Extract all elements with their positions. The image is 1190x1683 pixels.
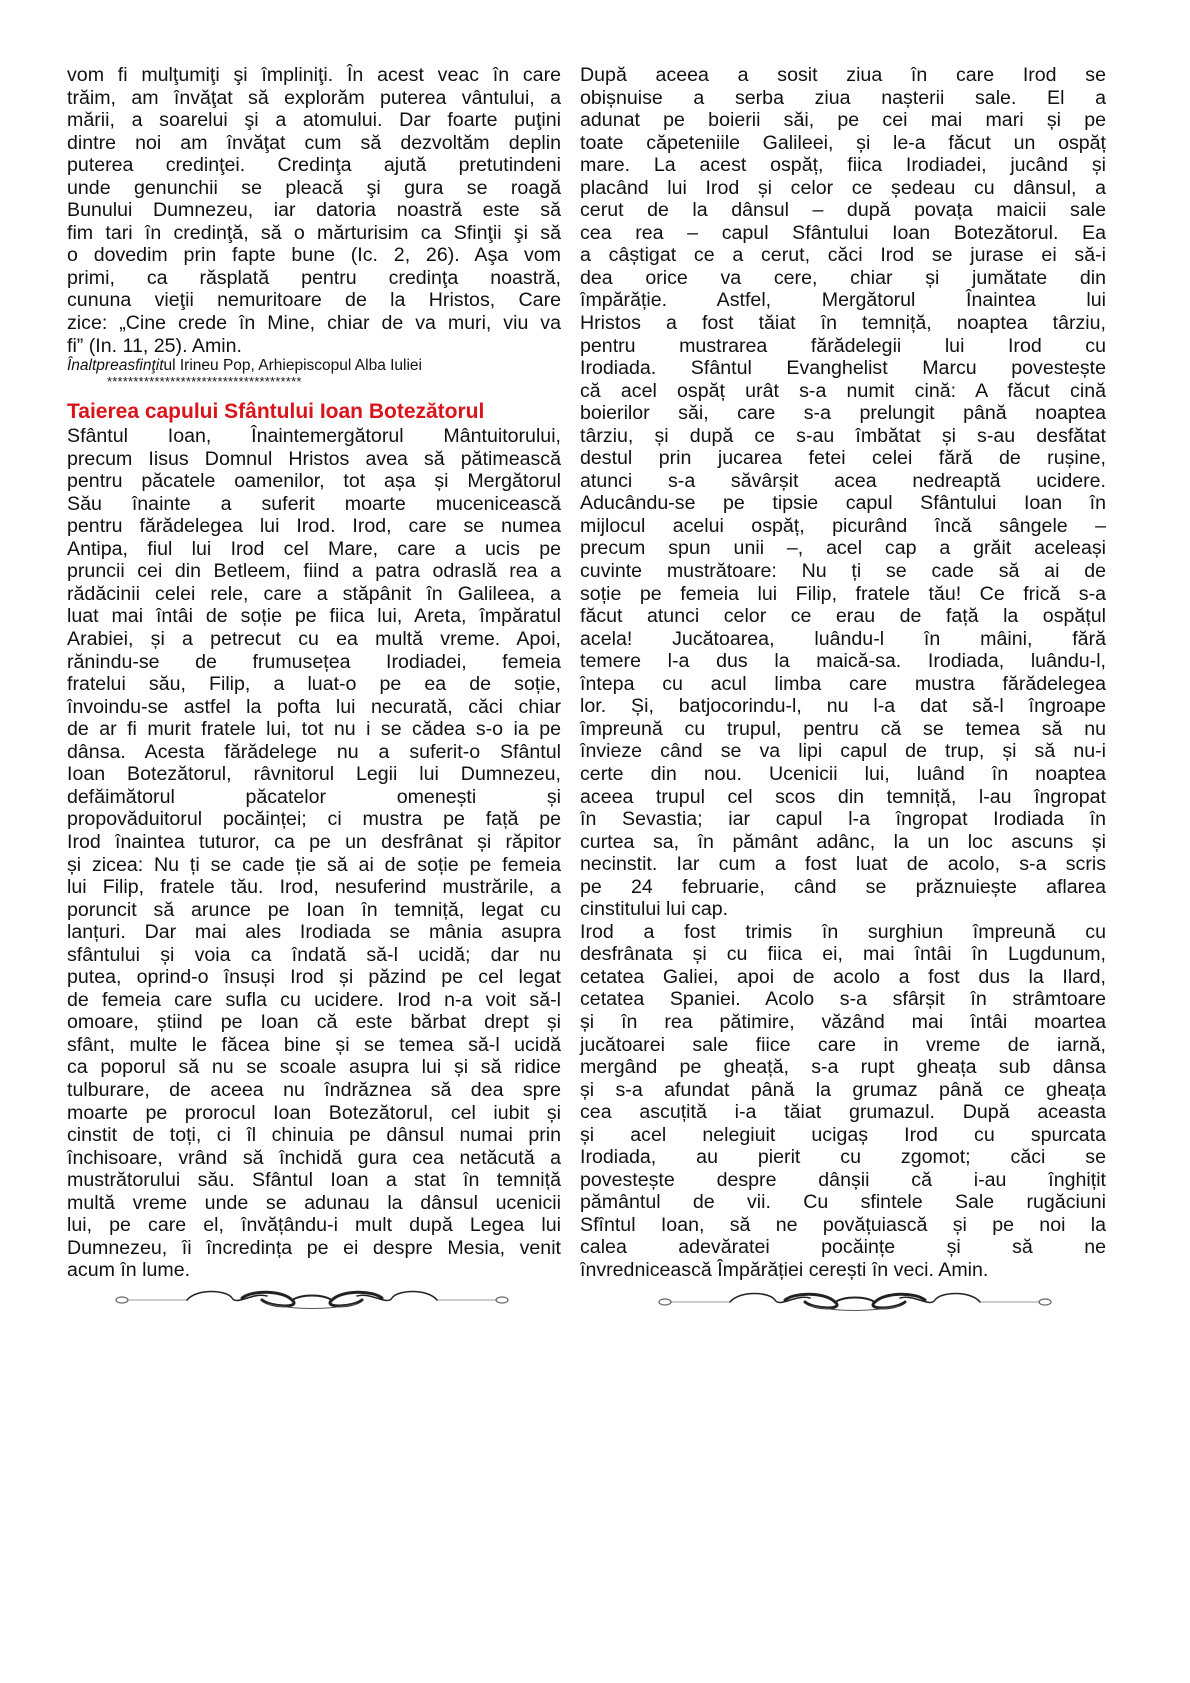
text-line: propovăduitorul pocăinței; ci mustra pe …: [67, 808, 561, 831]
text-line: ca poporul să nu se scoale asupra lui și…: [67, 1056, 561, 1079]
text-line: pe 24 februarie, când se prăznuiește afl…: [580, 876, 1106, 899]
text-line: toate căpeteniile Galileei, și le-a făcu…: [580, 132, 1106, 155]
text-line: învieze când se va lipi capul de trup, ș…: [580, 740, 1106, 763]
text-line: Irod înaintea tuturor, ca pe un desfrâna…: [67, 831, 561, 854]
text-line: fratelui său, Filip, a luat-o pe ea de s…: [67, 673, 561, 696]
text-line: aceea trupul cel scos din temniță, l-au …: [580, 786, 1106, 809]
article-body-left: Sfântul Ioan, Înaintemergătorul Mântuito…: [67, 425, 561, 1282]
text-line: atunci s-a săvârșit acea nedreaptă ucide…: [580, 470, 1106, 493]
text-line: Ioan Botezătorul, râvnitorul Legii lui D…: [67, 763, 561, 786]
text-line: trăim, am învăţat să explorăm puterea vâ…: [67, 87, 561, 110]
text-line: cinstit de toți, ci îl chinuia pe dânsul…: [67, 1124, 561, 1147]
text-line: lui, pe care el, învățându-i mult după L…: [67, 1214, 561, 1237]
text-line: pământul de vii. Cu sfintele Sale rugăci…: [580, 1191, 1106, 1214]
text-line: pentru fărădelegea lui Irod. Irod, care …: [67, 515, 561, 538]
text-line: precum spun unii –, acel cap a grăit ace…: [580, 537, 1106, 560]
text-line: dânsa. Acesta fărădelege nu a suferit-o …: [67, 741, 561, 764]
text-line: cea ascuțită i-a tăiat grumazul. După ac…: [580, 1101, 1106, 1124]
text-line: obișnuise a serba ziua nașterii sale. El…: [580, 87, 1106, 110]
text-line: După aceea a sosit ziua în care Irod se: [580, 64, 1106, 87]
text-line: închisoare, vrând să închidă gura cea ne…: [67, 1147, 561, 1170]
text-line: Hristos a fost tăiat în temniță, noaptea…: [580, 312, 1106, 335]
text-line: Irod a fost trimis în surghiun împreună …: [580, 921, 1106, 944]
text-line: sfânt, multe le făcea bine și se temea s…: [67, 1034, 561, 1057]
text-line: împreună cu trupul, pentru că se temea s…: [580, 718, 1106, 741]
text-line: cetatea Galiei, apoi de acolo a fost dus…: [580, 966, 1106, 989]
text-line: Bunului Dumnezeu, iar datoria noastră es…: [67, 199, 561, 222]
text-line: multă vreme unde se adunau la dânsul uce…: [67, 1192, 561, 1215]
text-line: destul prin jucarea fetei celei fără de …: [580, 447, 1106, 470]
text-line: lui Filip, fratele tău. Irod, nesuferind…: [67, 876, 561, 899]
text-line: pruncii cei din Betleem, fiind a patra o…: [67, 560, 561, 583]
text-line: jucătoarei sale fiice care in vreme de i…: [580, 1034, 1106, 1057]
signature-rest: ul Irineu Pop, Arhiepiscopul Alba Iuliei: [164, 357, 423, 374]
text-line: temere l-a dus la maică-sa. Irodiada, lu…: [580, 650, 1106, 673]
text-line: adunat pe boierii săi, pe cei mai mari ș…: [580, 109, 1106, 132]
text-line: târziu, și după ce s-au îmbătat și s-au …: [580, 425, 1106, 448]
signature-italic: Înaltpreasfinţit: [67, 357, 164, 374]
text-line: dea orice va cere, chiar și jumătate din: [580, 267, 1106, 290]
text-line: certe din nou. Ucenicii lui, luând în no…: [580, 763, 1106, 786]
text-line: pentru păcatele oamenilor, tot așa și Me…: [67, 470, 561, 493]
text-line: calea adevăratei pocăințe și să ne: [580, 1236, 1106, 1259]
text-line: Sfîntul Ioan, să ne povățuiască și pe no…: [580, 1214, 1106, 1237]
text-line: putea, oprind-o însuși Irod și păzind pe…: [67, 966, 561, 989]
text-line: mării, a soarelui şi a atomului. Dar foa…: [67, 109, 561, 132]
text-line: lanțuri. Dar mai ales Irodiada se mânia …: [67, 921, 561, 944]
text-line: de femeia care sufla cu ucidere. Irod n-…: [67, 989, 561, 1012]
text-line: desfrânata și cu fiica ei, mai întâi în …: [580, 943, 1106, 966]
text-line: Irodiada, au pierit cu zgomot; căci se: [580, 1146, 1106, 1169]
text-line: poruncit să arunce pe Ioan în temniță, l…: [67, 899, 561, 922]
text-line: Său înainte a suferit moarte muceniceasc…: [67, 493, 561, 516]
text-line: tulburare, de aceea nu îndrăznea să dea …: [67, 1079, 561, 1102]
text-line: și în rea pătimire, văzând mai întâi moa…: [580, 1011, 1106, 1034]
text-line: cinstitului lui cap.: [580, 898, 1106, 921]
left-column: vom fi mulţumiţi şi împliniţi. În acest …: [67, 64, 561, 1310]
text-line: cerut de la dânsul – după povața maicii …: [580, 199, 1106, 222]
sermon-conclusion: vom fi mulţumiţi şi împliniţi. În acest …: [67, 64, 561, 357]
text-line: Aducându-se pe tipsie capul Sfântului Io…: [580, 492, 1106, 515]
text-line: mijlocul acelui ospăț, picurând încă sân…: [580, 515, 1106, 538]
text-line: rănindu-se de frumusețea Irodiadei, feme…: [67, 651, 561, 674]
text-line: defăimătorul păcatelor omenești și: [67, 786, 561, 809]
text-line: curtea sa, în pământ adânc, la un loc as…: [580, 831, 1106, 854]
right-column: După aceea a sosit ziua în care Irod seo…: [580, 64, 1106, 1312]
text-line: vom fi mulţumiţi şi împliniţi. În acest …: [67, 64, 561, 87]
text-line: Dumnezeu, îi încredința pe ei despre Mes…: [67, 1237, 561, 1260]
text-line: sfântului și voia ca îndată să-l ucidă; …: [67, 944, 561, 967]
text-line: mare. La acest ospăț, fiica Irodiadei, j…: [580, 154, 1106, 177]
text-line: Arabiei, și a petrecut cu ea multă vreme…: [67, 628, 561, 651]
text-line: a câștigat ce a cerut, căci Irod se jura…: [580, 244, 1106, 267]
text-line: cuvinte mustrătoare: Nu ți se cade să ai…: [580, 560, 1106, 583]
text-line: unde genunchii se pleacă şi gura se roag…: [67, 177, 561, 200]
text-line: cea rea – capul Sfântului Ioan Botezător…: [580, 222, 1106, 245]
text-line: povestește despre dânșii că i-au înghiți…: [580, 1169, 1106, 1192]
text-line: fi” (In. 11, 25). Amin.: [67, 335, 561, 358]
text-line: boierilor săi, care s-a prelungit până n…: [580, 402, 1106, 425]
text-line: primi, ca răsplată pentru credinţa noast…: [67, 267, 561, 290]
text-line: precum Iisus Domnul Hristos avea să păti…: [67, 448, 561, 471]
text-line: Irodiada. Sfântul Evanghelist Marcu pove…: [580, 357, 1106, 380]
decorative-flourish-icon: [580, 1288, 1106, 1312]
text-line: necinstit. Iar cum a fost luat de acolo,…: [580, 853, 1106, 876]
text-line: lor. Și, batjocorindu-l, nu l-a dat să-l…: [580, 695, 1106, 718]
text-line: placând lui Irod și celor ce ședeau cu d…: [580, 177, 1106, 200]
text-line: mustrătorului său. Sfântul Ioan a stat î…: [67, 1169, 561, 1192]
text-line: pentru mustrarea fărădelegii lui Irod cu: [580, 335, 1106, 358]
article-body-right: După aceea a sosit ziua în care Irod seo…: [580, 64, 1106, 1282]
text-line: că acel ospăț urât s-a numit cină: A făc…: [580, 380, 1106, 403]
text-line: învoindu-se astfel la pofta lui necurată…: [67, 696, 561, 719]
text-line: acela! Jucătoarea, luându-l în mâini, fă…: [580, 628, 1106, 651]
text-line: moarte pe prorocul Ioan Botezătorul, cel…: [67, 1102, 561, 1125]
text-line: puterea credinţei. Credinţa ajută pretut…: [67, 154, 561, 177]
asterisk-separator: *************************************: [67, 375, 561, 395]
text-line: cetatea Spaniei. Acolo s-a sfârșit în st…: [580, 988, 1106, 1011]
text-line: luat mai întâi de soție pe fiica lui, Ar…: [67, 605, 561, 628]
text-line: omoare, știind pe Ioan că este bărbat dr…: [67, 1011, 561, 1034]
text-line: întepa cu acul limba care mustra fărădel…: [580, 673, 1106, 696]
text-line: acum în lume.: [67, 1259, 561, 1282]
text-line: și acel nelegiuit ucigaș Irod cu spurcat…: [580, 1124, 1106, 1147]
text-line: mergând pe gheață, s-a rupt gheața sub d…: [580, 1056, 1106, 1079]
text-line: de ar fi murit fratele lui, tot nu i se …: [67, 718, 561, 741]
text-line: Antipa, fiul lui Irod cel Mare, care a u…: [67, 538, 561, 561]
decorative-flourish-icon: [67, 1286, 561, 1310]
text-line: soție pe femeia lui Filip, fratele tău! …: [580, 583, 1106, 606]
text-line: o dovedim prin fapte bune (Ic. 2, 26). A…: [67, 244, 561, 267]
text-line: dintre noi am învăţat cum să dezvoltăm d…: [67, 132, 561, 155]
text-line: rădăcinii celei rele, care a stăpânit în…: [67, 583, 561, 606]
text-line: în Sevastia; iar capul l-a îngropat Irod…: [580, 808, 1106, 831]
text-line: fim tari în credinţă, să o mărturisim ca…: [67, 222, 561, 245]
text-line: cununa vieţii nemuritoare de la Hristos,…: [67, 289, 561, 312]
text-line: făcut atunci celor ce erau de față la os…: [580, 605, 1106, 628]
text-line: zice: „Cine crede în Mine, chiar de va m…: [67, 312, 561, 335]
text-line: și zicea: Nu ți se cade ție să ai de soț…: [67, 854, 561, 877]
author-signature: Înaltpreasfinţitul Irineu Pop, Arhiepisc…: [67, 357, 561, 375]
text-line: și s-a afundat până la grumaz până ce gh…: [580, 1079, 1106, 1102]
text-line: împărăție. Astfel, Mergătorul Înaintea l…: [580, 289, 1106, 312]
article-heading: Taierea capului Sfântului Ioan Botezător…: [67, 399, 561, 425]
text-line: Sfântul Ioan, Înaintemergătorul Mântuito…: [67, 425, 561, 448]
document-page: vom fi mulţumiţi şi împliniţi. În acest …: [0, 0, 1190, 1683]
text-line: învrednicească Împărăției cerești în vec…: [580, 1259, 1106, 1282]
